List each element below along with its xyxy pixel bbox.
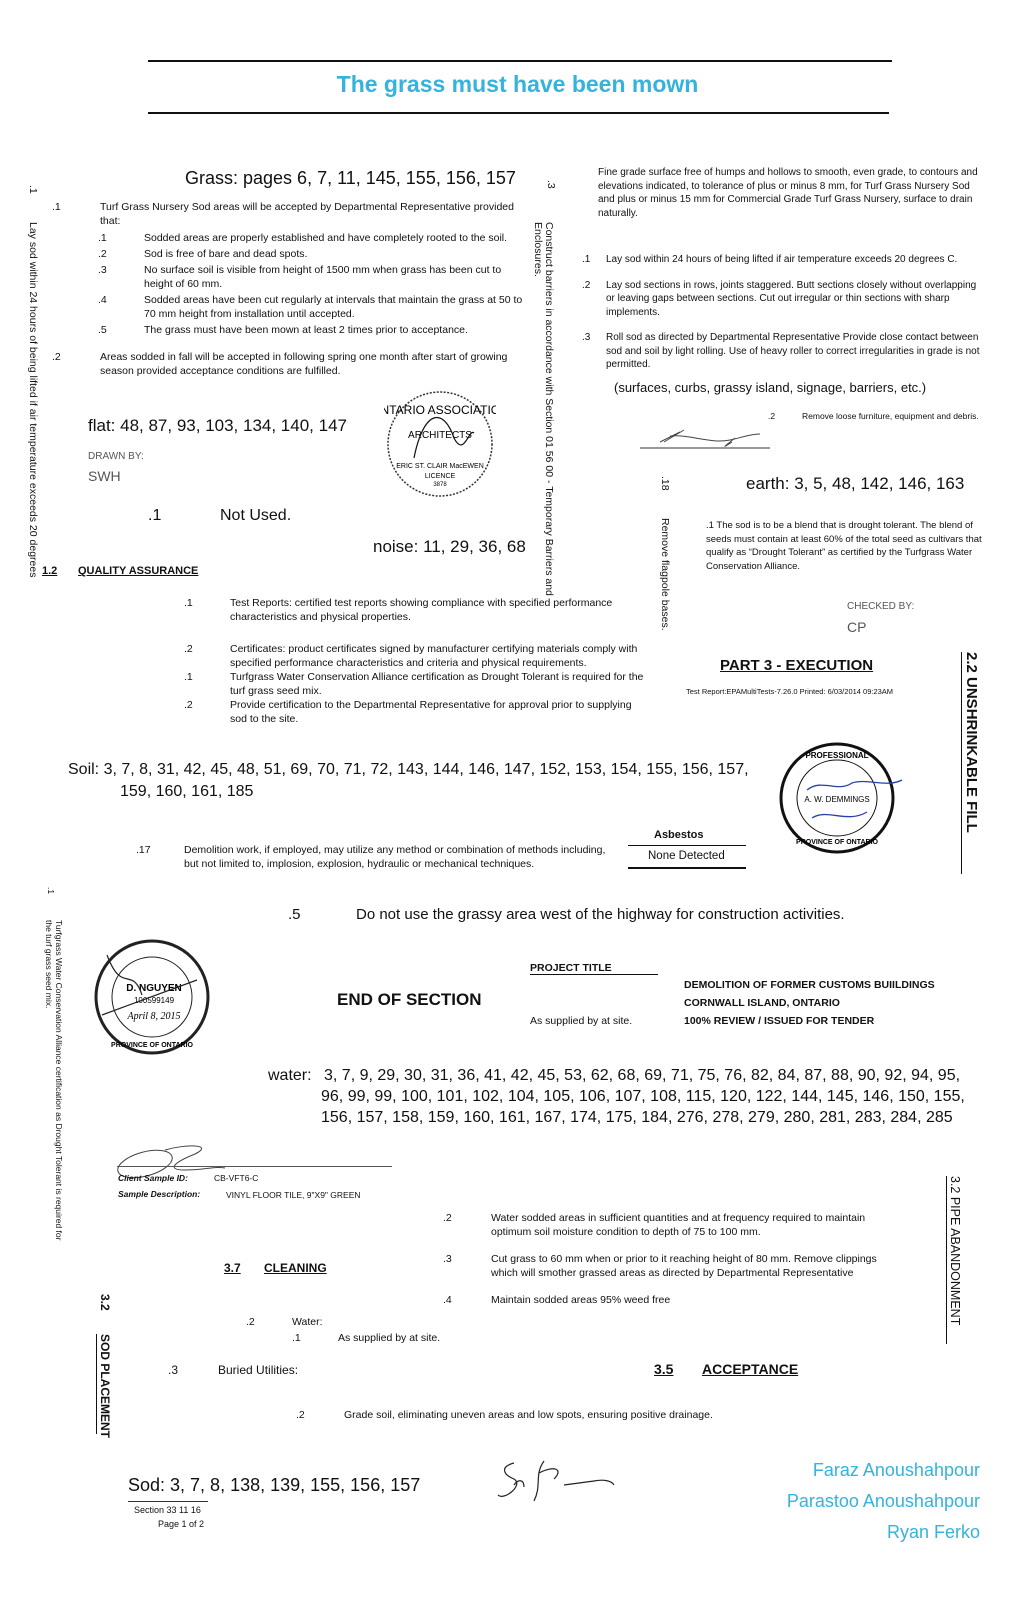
lay-item-text: Lay sod sections in rows, joints stagger… <box>606 279 987 320</box>
lay-item-num: .2 <box>582 279 606 320</box>
lay-item: .2Lay sod sections in rows, joints stagg… <box>582 279 987 320</box>
acceptance-text: ACCEPTANCE <box>702 1361 798 1377</box>
surfaces-note: (surfaces, curbs, grassy island, signage… <box>614 380 926 395</box>
grass-sub-item-text: Sodded areas are properly established an… <box>144 231 507 245</box>
flagpole-num: .18 <box>658 476 672 491</box>
svg-text:LICENCE: LICENCE <box>425 473 456 480</box>
grass-sub-item: .2Sod is free of bare and dead spots. <box>98 247 528 261</box>
svg-text:PROVINCE OF ONTARIO: PROVINCE OF ONTARIO <box>111 1042 193 1049</box>
signature-1 <box>640 420 770 450</box>
sample-desc-label: Sample Description: <box>118 1189 200 1199</box>
drawn-by-label: DRAWN BY: <box>88 451 144 462</box>
architect-seal-icon: ONTARIO ASSOCIATION ARCHITECTS ERIC ST. … <box>384 388 496 500</box>
unshrinkable-rule <box>961 652 962 874</box>
fine-grade-text: Fine grade surface free of humps and hol… <box>598 166 978 220</box>
grass-sub-item: .4Sodded areas have been cut regularly a… <box>98 293 528 321</box>
grass-sub-item-num: .1 <box>98 231 144 245</box>
left-vertical2-line2: the turf grass seed mix. <box>44 920 54 1008</box>
svg-text:April 8, 2015: April 8, 2015 <box>126 1011 180 1022</box>
svg-text:PROVINCE OF ONTARIO: PROVINCE OF ONTARIO <box>796 839 878 846</box>
lay-item: .3Roll sod as directed by Departmental R… <box>582 331 987 372</box>
nguyen-stamp: D. NGUYEN 100599149 April 8, 2015 PROVIN… <box>92 935 212 1062</box>
water-line-2: 96, 99, 99, 100, 101, 102, 104, 105, 106… <box>321 1088 965 1106</box>
architect-stamp: ONTARIO ASSOCIATION ARCHITECTS ERIC ST. … <box>384 388 496 500</box>
quality-item-num: .2 <box>184 698 230 726</box>
test-report: Test Report:EPAMultiTests-7.26.0 Printed… <box>686 687 893 696</box>
author-3: Ryan Ferko <box>887 1522 980 1543</box>
grass-sub-item-num: .5 <box>98 323 144 337</box>
project-line-2: CORNWALL ISLAND, ONTARIO <box>684 997 840 1009</box>
sample-id-label: Client Sample ID: <box>118 1173 188 1183</box>
quality-items: .1Test Reports: certified test reports s… <box>184 596 644 726</box>
page-title: The grass must have been mown <box>0 71 1035 98</box>
footer-rule <box>128 1501 208 1502</box>
grass-subitems: .1Sodded areas are properly established … <box>98 231 528 339</box>
water-line-1: 3, 7, 9, 29, 30, 31, 36, 41, 42, 45, 53,… <box>324 1067 960 1085</box>
quality-item-num: .2 <box>184 642 230 670</box>
quality-item-num: .1 <box>184 670 230 698</box>
lay-items: .1Lay sod within 24 hours of being lifte… <box>582 253 987 384</box>
footer-page: Page 1 of 2 <box>158 1519 204 1529</box>
not-used-num: .1 <box>148 507 161 525</box>
signature-3 <box>494 1455 624 1505</box>
sod-placement-rule <box>96 1334 97 1434</box>
water-supply-num: .2 <box>246 1315 255 1329</box>
flat-list: flat: 48, 87, 93, 103, 134, 140, 147 <box>88 416 347 436</box>
svg-text:3878: 3878 <box>433 482 447 488</box>
maintenance-item: .2Water sodded areas in sufficient quant… <box>443 1211 903 1239</box>
footer-section: Section 33 11 16 <box>134 1505 201 1515</box>
sod-placement-num: 3.2 <box>98 1294 112 1311</box>
sample-desc-value: VINYL FLOOR TILE, 9"X9" GREEN <box>226 1190 361 1200</box>
project-supplied: As supplied by at site. <box>530 1015 632 1027</box>
quality-item-text: Provide certification to the Departmenta… <box>230 698 644 726</box>
grass-sub-item-text: Sodded areas have been cut regularly at … <box>144 293 528 321</box>
unshrinkable-fill: 2.2 UNSHRINKABLE FILL <box>963 652 980 833</box>
buried-num: .3 <box>168 1363 178 1377</box>
svg-text:ARCHITECTS: ARCHITECTS <box>408 430 472 441</box>
grass-sub-item-text: No surface soil is visible from height o… <box>144 263 528 291</box>
engineer-seal-icon: PROFESSIONAL A. W. DEMMINGS PROVINCE OF … <box>777 738 905 856</box>
cleaning-num: 3.7 <box>224 1261 241 1275</box>
maintenance-item: .3Cut grass to 60 mm when or prior to it… <box>443 1252 903 1280</box>
project-line-3: 100% REVIEW / ISSUED FOR TENDER <box>684 1015 874 1027</box>
earth-list: earth: 3, 5, 48, 142, 146, 163 <box>746 474 964 494</box>
maintenance-item-text: Cut grass to 60 mm when or prior to it r… <box>491 1252 903 1280</box>
grass-item-1: .1 Turf Grass Nursery Sod areas will be … <box>52 200 527 228</box>
maintenance-item-text: Maintain sodded areas 95% weed free <box>491 1293 670 1307</box>
demolition-num: .17 <box>136 843 151 857</box>
asbestos-rule-top <box>628 845 746 846</box>
grassy-area-num: .5 <box>288 906 301 923</box>
nguyen-seal-icon: D. NGUYEN 100599149 April 8, 2015 PROVIN… <box>92 935 212 1057</box>
maintenance-item-text: Water sodded areas in sufficient quantit… <box>491 1211 903 1239</box>
checked-by-label: CHECKED BY: <box>847 601 914 612</box>
quality-item: .2Certificates: product certificates sig… <box>184 642 644 670</box>
cleaning-text: CLEANING <box>264 1261 327 1275</box>
quality-item: .1Test Reports: certified test reports s… <box>184 596 644 624</box>
author-2: Parastoo Anoushahpour <box>787 1491 980 1512</box>
grass-sub-item: .1Sodded areas are properly established … <box>98 231 528 245</box>
part3-heading: PART 3 - EXECUTION <box>720 657 873 674</box>
end-of-section: END OF SECTION <box>337 990 482 1010</box>
drawn-by-value: SWH <box>88 468 121 484</box>
water-supply-label: Water: <box>292 1315 323 1329</box>
maintenance-items: .2Water sodded areas in sufficient quant… <box>443 1211 903 1320</box>
water-supply-sub-num: .1 <box>292 1331 301 1345</box>
left-vertical-num: .1 <box>26 185 40 194</box>
pipe-abandonment: 3.2 PIPE ABANDONMENT <box>948 1176 962 1325</box>
barriers-text-2: Enclosures. <box>531 222 545 277</box>
grass-sub-item-text: The grass must have been mown at least 2… <box>144 323 468 337</box>
grass-sub-item-num: .4 <box>98 293 144 321</box>
svg-text:ERIC ST. CLAIR MacEWEN: ERIC ST. CLAIR MacEWEN <box>396 463 484 470</box>
left-vertical2-num: .1 <box>46 887 56 894</box>
maintenance-item-num: .2 <box>443 1211 491 1239</box>
barriers-text-1: Construct barriers in accordance with Se… <box>542 222 556 596</box>
noise-list: noise: 11, 29, 36, 68 <box>373 537 526 557</box>
soil-list-line-2: 159, 160, 161, 185 <box>120 783 253 801</box>
grass-sub-item-num: .3 <box>98 263 144 291</box>
svg-text:ONTARIO ASSOCIATION: ONTARIO ASSOCIATION <box>384 403 496 417</box>
water-supply-sub-text: As supplied by at site. <box>338 1331 440 1345</box>
lay-item: .1Lay sod within 24 hours of being lifte… <box>582 253 987 267</box>
grass-item-2: .2 Areas sodded in fall will be accepted… <box>52 350 527 378</box>
lay-item-num: .3 <box>582 331 606 372</box>
grass-sub-item: .3No surface soil is visible from height… <box>98 263 528 291</box>
grass-sub-item-text: Sod is free of bare and dead spots. <box>144 247 307 261</box>
grass-sub-item: .5The grass must have been mown at least… <box>98 323 528 337</box>
lay-item-num: .1 <box>582 253 606 267</box>
not-used-text: Not Used. <box>220 507 291 525</box>
grassy-area-text: Do not use the grassy area west of the h… <box>356 906 845 923</box>
maintenance-item: .4Maintain sodded areas 95% weed free <box>443 1293 903 1307</box>
quality-item-text: Test Reports: certified test reports sho… <box>230 596 644 624</box>
quality-heading: QUALITY ASSURANCE <box>78 565 198 577</box>
left-vertical2-line1: Turfgrass Water Conservation Alliance ce… <box>54 920 64 1240</box>
asbestos-rule-bottom <box>628 867 746 869</box>
engineer-stamp: PROFESSIONAL A. W. DEMMINGS PROVINCE OF … <box>777 738 905 861</box>
lay-item-text: Lay sod within 24 hours of being lifted … <box>606 253 957 267</box>
barriers-num: .3 <box>544 180 558 189</box>
top-rule <box>148 60 892 62</box>
quality-item: .2Provide certification to the Departmen… <box>184 698 644 726</box>
sod-placement-text: SOD PLACEMENT <box>98 1334 112 1438</box>
grass-heading: Grass: pages 6, 7, 11, 145, 155, 156, 15… <box>185 168 516 189</box>
quality-item-text: Turfgrass Water Conservation Alliance ce… <box>230 670 644 698</box>
sample-rule <box>117 1166 392 1167</box>
project-title-rule <box>530 974 658 975</box>
project-line-1: DEMOLITION OF FORMER CUSTOMS BUIILDINGS <box>684 979 935 991</box>
project-title-label: PROJECT TITLE <box>530 962 612 974</box>
pipe-rule <box>946 1176 947 1344</box>
water-line-3: 156, 157, 158, 159, 160, 161, 167, 174, … <box>321 1109 953 1127</box>
asbestos-label: Asbestos <box>654 829 704 841</box>
maintenance-item-num: .3 <box>443 1252 491 1280</box>
author-1: Faraz Anoushahpour <box>813 1460 980 1481</box>
quality-item-num: .1 <box>184 596 230 624</box>
grade-soil-num: .2 <box>296 1408 305 1422</box>
flagpole-text: Remove flagpole bases. <box>658 518 672 631</box>
sample-id-value: CB-VFT6-C <box>214 1173 258 1183</box>
title-underline <box>148 112 889 114</box>
buried-text: Buried Utilities: <box>218 1363 298 1377</box>
sod-list: Sod: 3, 7, 8, 138, 139, 155, 156, 157 <box>128 1475 420 1496</box>
grass-sub-item-num: .2 <box>98 247 144 261</box>
acceptance-num: 3.5 <box>654 1361 673 1377</box>
grade-soil-text: Grade soil, eliminating uneven areas and… <box>344 1408 713 1422</box>
left-vertical-text: Lay sod within 24 hours of being lifted … <box>26 222 40 577</box>
quality-item: .1Turfgrass Water Conservation Alliance … <box>184 670 644 698</box>
remove-loose-text: Remove loose furniture, equipment and de… <box>802 411 979 421</box>
drought-text: .1 The sod is to be a blend that is drou… <box>706 519 986 573</box>
svg-text:PROFESSIONAL: PROFESSIONAL <box>805 751 868 760</box>
soil-list-line-1: Soil: 3, 7, 8, 31, 42, 45, 48, 51, 69, 7… <box>68 761 749 779</box>
water-label: water: <box>268 1067 312 1085</box>
maintenance-item-num: .4 <box>443 1293 491 1307</box>
quality-heading-num: 1.2 <box>42 565 57 577</box>
asbestos-value: None Detected <box>648 850 725 862</box>
lay-item-text: Roll sod as directed by Departmental Rep… <box>606 331 987 372</box>
checked-by-value: CP <box>847 619 866 635</box>
quality-item-text: Certificates: product certificates signe… <box>230 642 644 670</box>
svg-text:A. W. DEMMINGS: A. W. DEMMINGS <box>804 795 869 804</box>
demolition-text: Demolition work, if employed, may utiliz… <box>184 843 614 871</box>
